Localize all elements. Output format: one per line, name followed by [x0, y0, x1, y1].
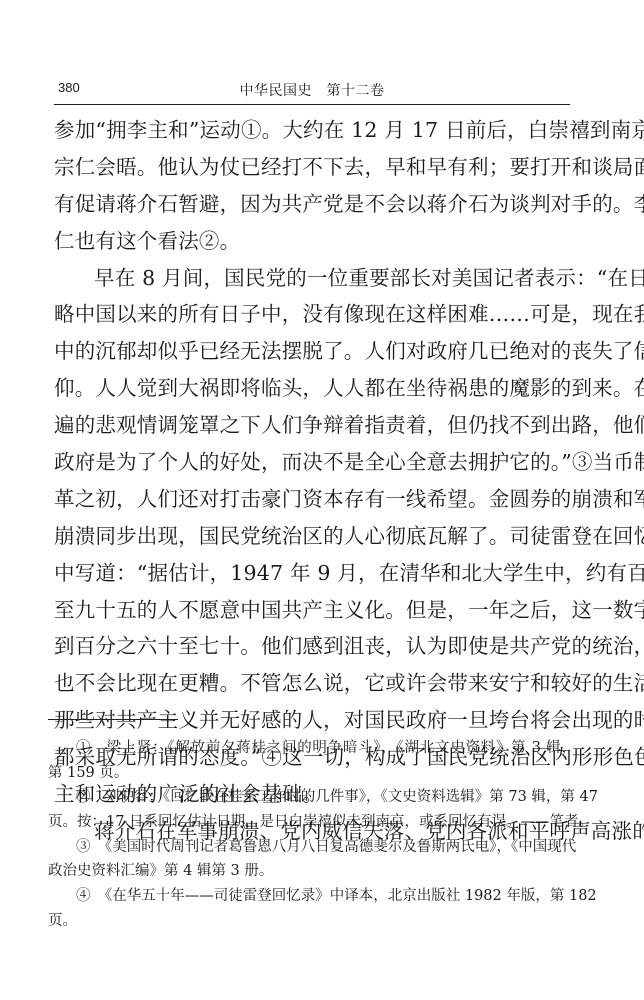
body-line: 那些对共产主义并无好感的人，对国民政府一旦垮台将会出现的时局 — [54, 702, 578, 739]
body-line: 崩溃同步出现，国民党统治区的人心彻底瓦解了。司徒雷登在回忆录 — [54, 518, 578, 555]
body-line: 至九十五的人不愿意中国共产主义化。但是，一年之后，这一数字下降 — [54, 592, 578, 629]
body-line: 到百分之六十至七十。他们感到沮丧，认为即使是共产党的统治，情况 — [54, 628, 578, 665]
footnote-line: ③ 《美国时代周刊记者葛鲁恩八月八日复高德斐尔及鲁斯两氏电》，《中国现代 — [48, 835, 576, 860]
footnote-line: 第 159 页。 — [48, 761, 576, 786]
body-line: 中的沉郁却似乎已经无法摆脱了。人们对政府几已绝对的丧失了信 — [54, 333, 578, 370]
footnote-line: 页。按：17 日系回忆估计日期，是日白崇禧似未到南京，或系回忆有误。——笔者。 — [48, 810, 576, 835]
body-line: 政府是为了个人的好处，而决不是全心全意去拥护它的。”③当币制改 — [54, 444, 578, 481]
body-line: 参加“拥李主和”运动①。大约在 12 月 17 日前后，白崇禧到南京同李 — [54, 112, 578, 149]
footnote-line: ① 梁上贤：《解放前夕蒋桂之间的明争暗斗》，《湖北文史资料》第 3 辑， — [48, 736, 576, 761]
body-line: 略中国以来的所有日子中，没有像现在这样困难……可是，现在我们心 — [54, 296, 578, 333]
footnotes: ① 梁上贤：《解放前夕蒋桂之间的明争暗斗》，《湖北文史资料》第 3 辑， 第 1… — [48, 736, 576, 934]
body-line: 仁也有这个看法②。 — [54, 223, 578, 260]
running-head: 380 中华民国史 第十二卷 — [54, 80, 570, 100]
body-line: 遍的悲观情调笼罩之下人们争辩着指责着，但仍找不到出路，他们走向 — [54, 407, 578, 444]
body-line: 中写道：“据估计，1947 年 9 月，在清华和北大学生中，约有百分之九十 — [54, 555, 578, 592]
body-line: 也不会比现在更糟。不管怎么说，它或许会带来安宁和较好的生活。 — [54, 665, 578, 702]
body-line: 早在 8 月间，国民党的一位重要部长对美国记者表示：“在日本侵 — [54, 260, 578, 297]
body-line: 革之初，人们还对打击豪门资本存有一线希望。金圆券的崩溃和军事 — [54, 481, 578, 518]
book-title: 中华民国史 第十二卷 — [54, 80, 570, 100]
body-line: 宗仁会晤。他认为仗已经打不下去，早和早有利；要打开和谈局面，只 — [54, 149, 578, 186]
footnote-line: ④ 《在华五十年——司徒雷登回忆录》中译本，北京出版社 1982 年版，第 18… — [48, 884, 576, 909]
book-page: 380 中华民国史 第十二卷 参加“拥李主和”运动①。大约在 12 月 17 日… — [0, 0, 644, 1000]
footnote-line: ② 刘仲容：《回忆我在桂系工作时的几件事》，《文史资料选辑》第 73 辑，第 4… — [48, 785, 576, 810]
footnote-rule — [48, 719, 178, 720]
body-line: 有促请蒋介石暂避，因为共产党是不会以蒋介石为谈判对手的。李宗 — [54, 186, 578, 223]
footnote-line: 政治史资料汇编》第 4 辑第 3 册。 — [48, 859, 576, 884]
footnote-line: 页。 — [48, 909, 576, 934]
header-rule — [54, 104, 570, 105]
body-line: 仰。人人觉到大祸即将临头，人人都在坐待祸患的魔影的到来。在普 — [54, 370, 578, 407]
